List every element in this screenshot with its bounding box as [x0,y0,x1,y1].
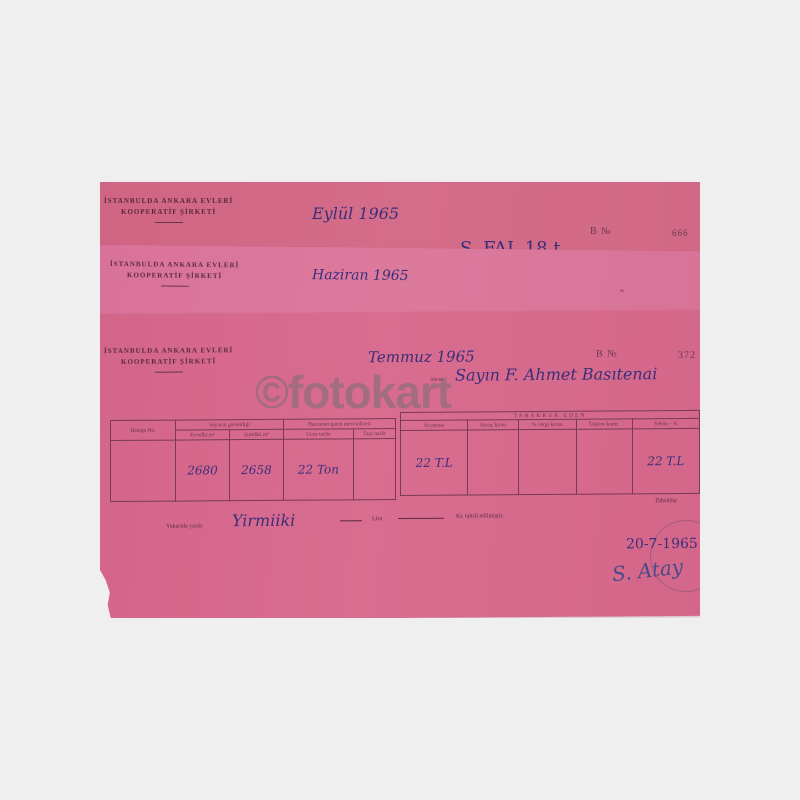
month-handwritten: Eylül 1965 [312,204,399,223]
cell-evvelki: 2680 [176,440,230,501]
meter-table: Damga No. Sayacın gösterdiği Harcanan ga… [110,418,396,502]
month-handwritten: Haziran 1965 [312,267,409,284]
cell-uskure [576,429,632,494]
header-evvelki: Evvelki m³ [176,430,230,440]
ditto-mark: " [620,288,624,299]
addressee-name: Sayın F. Ahmet Basıtenai [455,364,657,384]
cell-ucuz: 22 Ton [283,439,353,500]
header-uskure: Üsküre kontr. [576,419,632,429]
watermark: ©fotokart [255,365,451,419]
header-simdiki: Şimdiki m³ [229,429,283,439]
cell-vergi [519,429,576,494]
cell-su-parasi: 22 T.L [401,430,468,495]
header-sayac-kirasi: Sayaç kirası [468,420,519,430]
receipt-july: İSTANBULDA ANKARA EVLERİ KOOPERATİF ŞİRK… [100,310,700,618]
header-damga-no: Damga No. [111,420,176,440]
torn-edge [100,570,114,618]
lira-label: Lira [372,516,382,522]
header-vergi: % vergi kirası [519,419,576,429]
header-yekun: Yekûn – K [632,418,699,428]
company-header: İSTANBULDA ANKARA EVLERİ KOOPERATİF ŞİRK… [104,345,233,373]
serial-number: 666 [672,228,689,238]
header-ucuz: Ucuz tarife [283,429,353,439]
cell-simdiki: 2658 [229,439,283,500]
serial-label: B № [596,348,618,359]
receipt-photo: İSTANBULDA ANKARA EVLERİ KOOPERATİF ŞİRK… [100,180,700,618]
divider [155,222,183,223]
amount-handwritten: Yirmiiki [232,511,295,530]
divider [155,372,183,373]
date-handwritten: 20-7-1965 [626,536,698,553]
serial-label: B № [590,226,612,237]
cell-tam [353,439,395,500]
cell-damga-no [111,440,176,501]
company-header: İSTANBULDA ANKARA EVLERİ KOOPERATİF ŞİRK… [104,196,233,223]
blank-line [340,520,362,521]
footer-prefix: Yukarıda yazılı [166,523,203,529]
month-handwritten: Temmuz 1965 [368,347,475,366]
footer-suffix: Kr. tahsil edilmiştir. [456,513,504,519]
collector-label: Tahsildar [655,498,677,504]
serial-number: 372 [678,350,696,361]
company-header: İSTANBULDA ANKARA EVLERİ KOOPERATİF ŞİRK… [110,259,239,287]
blank-line [398,518,444,519]
cell-sayac-kirasi [468,430,519,495]
header-su-parasi: Su parası [401,420,468,430]
header-tam: Tam tarife [353,429,395,439]
divider [161,285,189,286]
tahakkuk-table: TAHAKKUK EDEN Su parası Sayaç kirası % v… [400,410,700,496]
cell-yekun: 22 T.L [632,428,699,493]
